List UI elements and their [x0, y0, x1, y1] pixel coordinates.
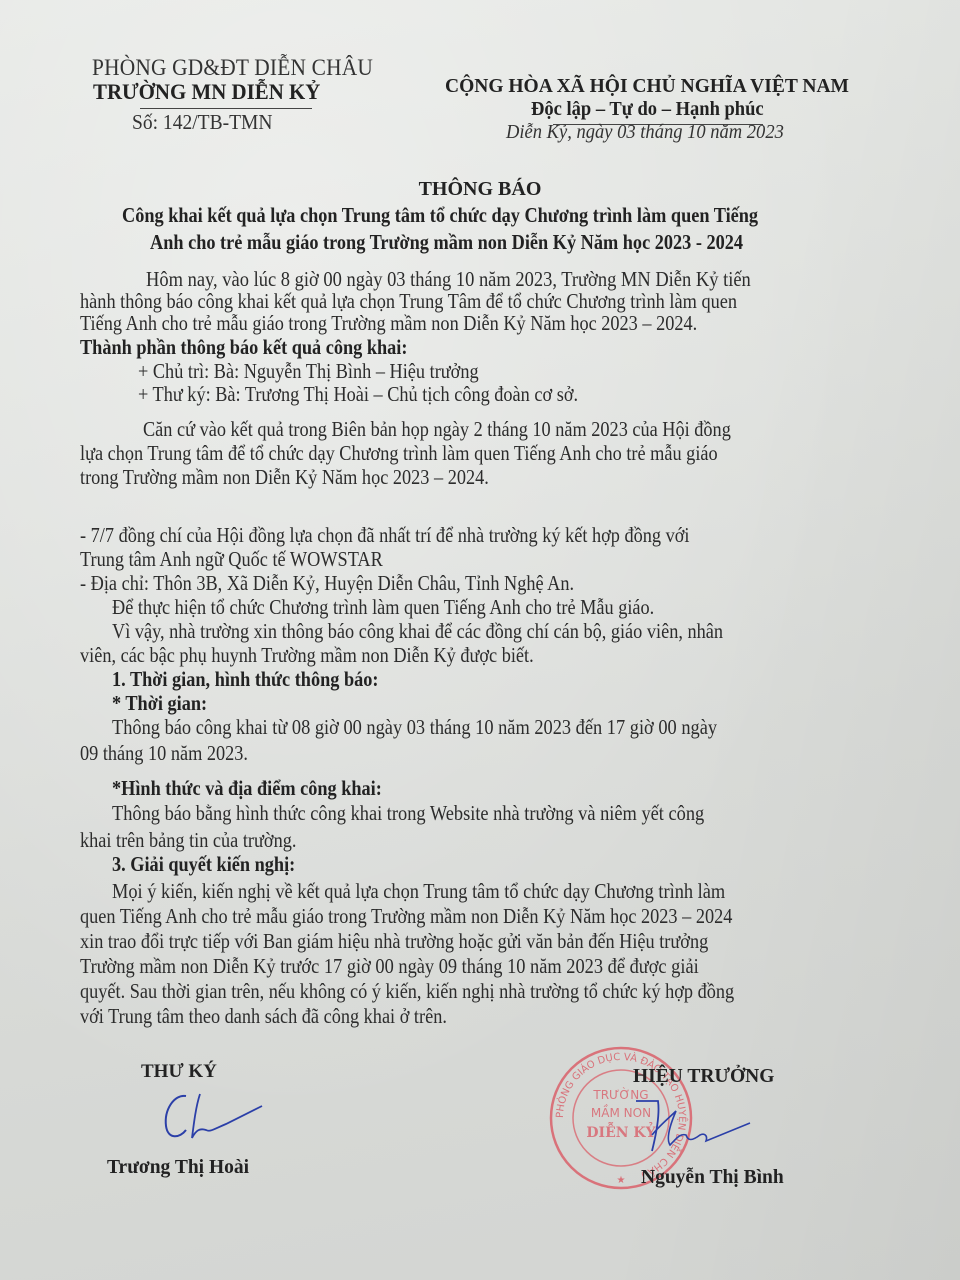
form-text-line: Thông báo bằng hình thức công khai trong… [112, 801, 704, 826]
document-subtitle-line-2: Anh cho trẻ mẫu giáo trong Trường mầm no… [150, 230, 743, 255]
national-title: CỘNG HÒA XÃ HỘI CHỦ NGHĨA VIỆT NAM [445, 76, 849, 98]
section-3-line: xin trao đổi trực tiếp với Ban giám hiệu… [80, 929, 708, 954]
document-number: Số: 142/TB-TMN [132, 110, 273, 135]
secretary-signature-icon [150, 1090, 270, 1150]
participant-item: + Thư ký: Bà: Trương Thị Hoài – Chủ tịch… [138, 382, 578, 407]
section-3-line: Trường mầm non Diễn Kỷ trước 17 giờ 00 n… [80, 954, 699, 979]
intro-line: Tiếng Anh cho trẻ mẫu giáo trong Trường … [80, 311, 697, 336]
time-heading: * Thời gian: [112, 691, 207, 716]
time-text-line: 09 tháng 10 năm 2023. [80, 741, 248, 766]
department-name: PHÒNG GD&ĐT DIỄN CHÂU [92, 55, 373, 81]
participants-heading: Thành phần thông báo kết quả công khai: [80, 335, 407, 360]
section-3-heading: 3. Giải quyết kiến nghị: [112, 852, 295, 877]
section-1-heading: 1. Thời gian, hình thức thông báo: [112, 667, 378, 692]
time-text-line: Thông báo công khai từ 08 giờ 00 ngày 03… [112, 715, 717, 740]
section-3-line: Mọi ý kiến, kiến nghị về kết quả lựa chọ… [112, 879, 725, 904]
form-text-line: khai trên bảng tin của trường. [80, 828, 296, 853]
decision-line: - Địa chỉ: Thôn 3B, Xã Diễn Kỷ, Huyện Di… [80, 571, 574, 596]
secretary-name: Trương Thị Hoài [107, 1157, 249, 1179]
document-subtitle-line-1: Công khai kết quả lựa chọn Trung tâm tổ … [122, 203, 758, 228]
secretary-title: THƯ KÝ [141, 1061, 217, 1083]
basis-line: Căn cứ vào kết quả trong Biên bản họp ng… [143, 417, 731, 442]
school-underline [140, 108, 312, 109]
principal-title: HIỆU TRƯỞNG [633, 1066, 774, 1088]
school-name: TRƯỜNG MN DIỄN KỶ [93, 79, 320, 105]
svg-text:★: ★ [617, 1175, 626, 1186]
section-3-line: quyết. Sau thời gian trên, nếu không có … [80, 979, 734, 1004]
principal-name: Nguyễn Thị Bình [641, 1167, 784, 1189]
form-heading: *Hình thức và địa điểm công khai: [112, 776, 382, 801]
participant-item: + Chủ trì: Bà: Nguyễn Thị Bình – Hiệu tr… [138, 359, 479, 384]
section-3-line: với Trung tâm theo danh sách đã công kha… [80, 1004, 447, 1029]
decision-line: viên, các bậc phụ huynh Trường mầm non D… [80, 643, 534, 668]
basis-line: lựa chọn Trung tâm để tổ chức dạy Chương… [80, 441, 718, 466]
decision-line: Vì vậy, nhà trường xin thông báo công kh… [112, 619, 723, 644]
basis-line: trong Trường mầm non Diễn Kỷ Năm học 202… [80, 465, 489, 490]
national-motto: Độc lập – Tự do – Hạnh phúc [531, 99, 764, 121]
decision-line: Để thực hiện tổ chức Chương trình làm qu… [112, 595, 654, 620]
place-date: Diễn Kỷ, ngày 03 tháng 10 năm 2023 [506, 122, 784, 144]
document-heading: THÔNG BÁO [0, 178, 960, 201]
section-3-line: quen Tiếng Anh cho trẻ mẫu giáo trong Tr… [80, 904, 732, 929]
principal-signature-icon [630, 1095, 770, 1155]
decision-line: - 7/7 đồng chí của Hội đồng lựa chọn đã … [80, 523, 689, 548]
decision-line: Trung tâm Anh ngữ Quốc tế WOWSTAR [80, 547, 383, 572]
